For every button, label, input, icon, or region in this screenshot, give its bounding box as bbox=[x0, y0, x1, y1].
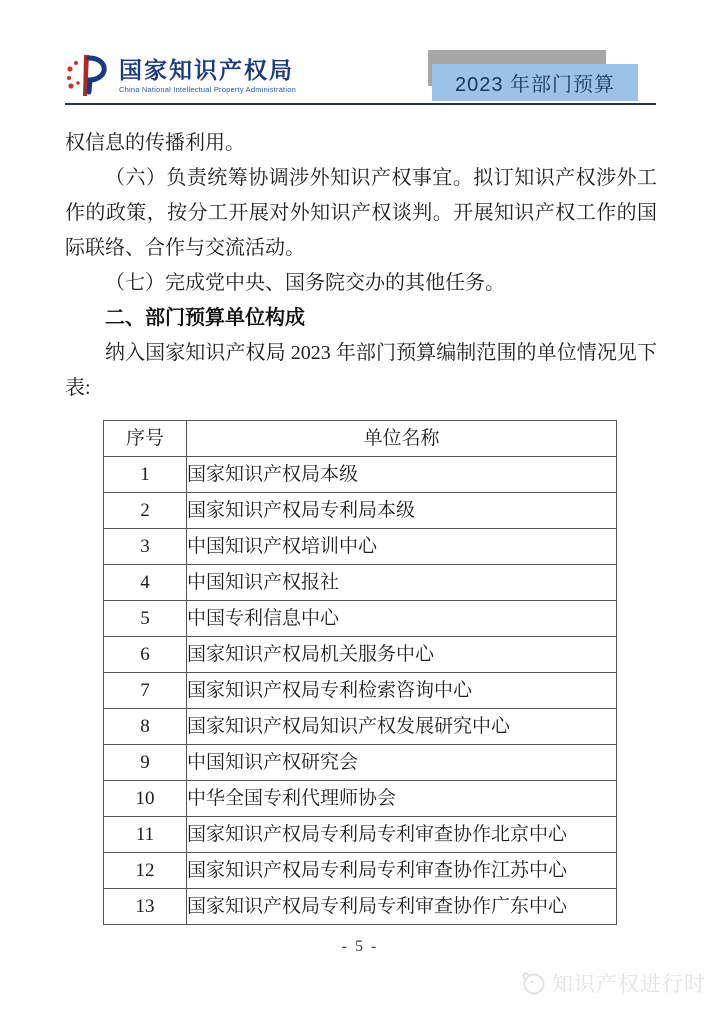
row-number-cell: 11 bbox=[104, 817, 187, 853]
row-number-cell: 8 bbox=[104, 709, 187, 745]
row-number-cell: 7 bbox=[104, 673, 187, 709]
unit-name-cell: 中国知识产权培训中心 bbox=[187, 529, 617, 565]
row-number-cell: 3 bbox=[104, 529, 187, 565]
paragraph-seven: （七）完成党中央、国务院交办的其他任务。 bbox=[65, 266, 657, 301]
logo-name-cn: 国家知识产权局 bbox=[119, 57, 296, 83]
budget-year-badge: 2023 年部门预算 bbox=[432, 50, 638, 104]
unit-name-cell: 国家知识产权局知识产权发展研究中心 bbox=[187, 709, 617, 745]
row-number-cell: 2 bbox=[104, 493, 187, 529]
watermark: 知识产权进行时 bbox=[520, 968, 706, 998]
row-number-cell: 4 bbox=[104, 565, 187, 601]
unit-name-cell: 国家知识产权局专利局专利审查协作江苏中心 bbox=[187, 853, 617, 889]
table-header-row: 序号 单位名称 bbox=[104, 421, 617, 457]
row-number-cell: 10 bbox=[104, 781, 187, 817]
table-row: 3中国知识产权培训中心 bbox=[104, 529, 617, 565]
table-row: 5中国专利信息中心 bbox=[104, 601, 617, 637]
page-number: - 5 - bbox=[0, 938, 720, 956]
table-row: 11国家知识产权局专利局专利审查协作北京中心 bbox=[104, 817, 617, 853]
unit-name-cell: 国家知识产权局专利局专利审查协作广东中心 bbox=[187, 889, 617, 925]
table-row: 4中国知识产权报社 bbox=[104, 565, 617, 601]
page-header: 国家知识产权局 China National Intellectual Prop… bbox=[65, 46, 656, 104]
paragraph-six: （六）负责统筹协调涉外知识产权事宜。拟订知识产权涉外工作的政策，按分工开展对外知… bbox=[65, 161, 657, 266]
unit-name-cell: 国家知识产权局本级 bbox=[187, 457, 617, 493]
cnipa-logo: 国家知识产权局 China National Intellectual Prop… bbox=[65, 52, 296, 98]
table-row: 2国家知识产权局专利局本级 bbox=[104, 493, 617, 529]
table-row: 13国家知识产权局专利局专利审查协作广东中心 bbox=[104, 889, 617, 925]
row-number-cell: 6 bbox=[104, 637, 187, 673]
row-number-cell: 9 bbox=[104, 745, 187, 781]
units-table-body: 1国家知识产权局本级2国家知识产权局专利局本级3中国知识产权培训中心4中国知识产… bbox=[104, 457, 617, 925]
unit-name-cell: 国家知识产权局专利检索咨询中心 bbox=[187, 673, 617, 709]
header-rule bbox=[65, 103, 656, 105]
table-row: 8国家知识产权局知识产权发展研究中心 bbox=[104, 709, 617, 745]
table-row: 7国家知识产权局专利检索咨询中心 bbox=[104, 673, 617, 709]
column-header-unit-name: 单位名称 bbox=[187, 421, 617, 457]
row-number-cell: 1 bbox=[104, 457, 187, 493]
logo-name-en: China National Intellectual Property Adm… bbox=[119, 85, 296, 94]
unit-name-cell: 中国知识产权研究会 bbox=[187, 745, 617, 781]
table-row: 12国家知识产权局专利局专利审查协作江苏中心 bbox=[104, 853, 617, 889]
unit-name-cell: 国家知识产权局专利局本级 bbox=[187, 493, 617, 529]
unit-name-cell: 中国知识产权报社 bbox=[187, 565, 617, 601]
unit-name-cell: 中华全国专利代理师协会 bbox=[187, 781, 617, 817]
table-row: 10中华全国专利代理师协会 bbox=[104, 781, 617, 817]
paragraph-intro: 纳入国家知识产权局 2023 年部门预算编制范围的单位情况见下表: bbox=[65, 336, 657, 406]
table-row: 9中国知识产权研究会 bbox=[104, 745, 617, 781]
document-body: 权信息的传播利用。 （六）负责统筹协调涉外知识产权事宜。拟订知识产权涉外工作的政… bbox=[65, 126, 657, 925]
row-number-cell: 12 bbox=[104, 853, 187, 889]
unit-name-cell: 国家知识产权局机关服务中心 bbox=[187, 637, 617, 673]
section-heading: 二、部门预算单位构成 bbox=[65, 301, 657, 336]
watermark-logo-icon bbox=[520, 970, 546, 996]
row-number-cell: 5 bbox=[104, 601, 187, 637]
badge-label: 2023 年部门预算 bbox=[432, 64, 638, 101]
table-row: 1国家知识产权局本级 bbox=[104, 457, 617, 493]
row-number-cell: 13 bbox=[104, 889, 187, 925]
table-row: 6国家知识产权局机关服务中心 bbox=[104, 637, 617, 673]
unit-name-cell: 中国专利信息中心 bbox=[187, 601, 617, 637]
budget-units-table: 序号 单位名称 1国家知识产权局本级2国家知识产权局专利局本级3中国知识产权培训… bbox=[103, 420, 617, 925]
document-page: 国家知识产权局 China National Intellectual Prop… bbox=[0, 0, 720, 1018]
unit-name-cell: 国家知识产权局专利局专利审查协作北京中心 bbox=[187, 817, 617, 853]
cnipa-logo-icon bbox=[65, 52, 111, 98]
logo-text-block: 国家知识产权局 China National Intellectual Prop… bbox=[119, 57, 296, 94]
table-header: 序号 单位名称 bbox=[104, 421, 617, 457]
watermark-text: 知识产权进行时 bbox=[552, 968, 706, 998]
paragraph-continuation: 权信息的传播利用。 bbox=[65, 126, 657, 161]
column-header-number: 序号 bbox=[104, 421, 187, 457]
